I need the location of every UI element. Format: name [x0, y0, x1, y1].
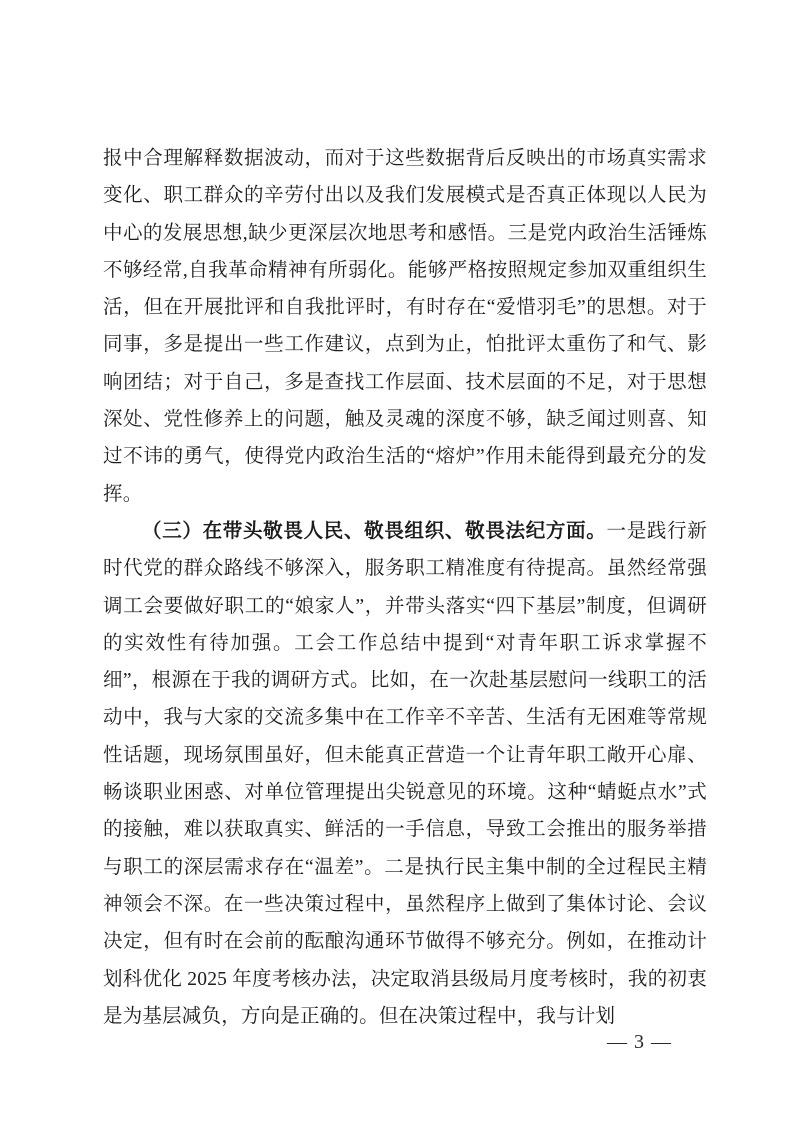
paragraph-text: 一是践行新时代党的群众路线不够深入，服务职工精准度有待提高。虽然经常强调工会要做… [103, 521, 707, 1027]
page-number: — 3 — [607, 1031, 672, 1054]
document-page: 报中合理解释数据波动，而对于这些数据背后反映出的市场真实需求变化、职工群众的辛劳… [0, 0, 793, 1122]
document-body: 报中合理解释数据波动，而对于这些数据背后反映出的市场真实需求变化、职工群众的辛劳… [103, 140, 707, 1035]
paragraph-text: 报中合理解释数据波动，而对于这些数据背后反映出的市场真实需求变化、职工群众的辛劳… [103, 148, 707, 505]
paragraph-section-three: （三）在带头敬畏人民、敬畏组织、敬畏法纪方面。一是践行新时代党的群众路线不够深入… [103, 513, 707, 1035]
paragraph-continuation: 报中合理解释数据波动，而对于这些数据背后反映出的市场真实需求变化、职工群众的辛劳… [103, 140, 707, 513]
section-heading: （三）在带头敬畏人民、敬畏组织、敬畏法纪方面。 [142, 521, 607, 542]
